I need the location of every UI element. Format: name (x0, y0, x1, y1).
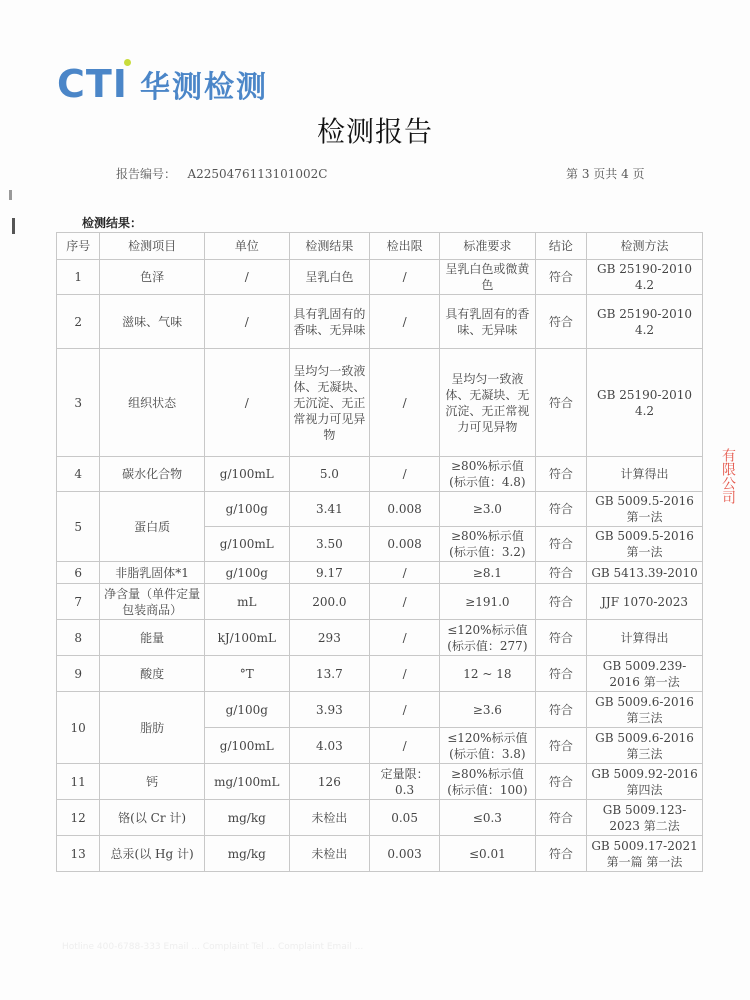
cell-item: 非脂乳固体*1 (100, 562, 204, 584)
cell-lod: / (370, 620, 440, 656)
cell-unit: g/100mL (204, 457, 289, 492)
col-header: 检出限 (370, 233, 440, 260)
cell-lod: / (370, 728, 440, 764)
cell-method: GB 5413.39-2010 (587, 562, 703, 584)
cell-req: ≥3.6 (440, 692, 535, 728)
cell-req: ≤0.3 (440, 800, 535, 836)
logo-chinese: 华测检测 (140, 62, 268, 106)
cell-no: 4 (57, 457, 100, 492)
cell-req: ≥3.0 (440, 492, 535, 527)
cell-result: 3.93 (289, 692, 369, 728)
cell-method: GB 5009.239-2016 第一法 (587, 656, 703, 692)
report-number-label: 报告编号： (116, 167, 176, 181)
cell-lod: 0.05 (370, 800, 440, 836)
cell-conclusion: 符合 (535, 656, 586, 692)
cell-unit: g/100g (204, 692, 289, 728)
cell-unit: kJ/100mL (204, 620, 289, 656)
cell-result: 126 (289, 764, 369, 800)
table-row: 5 蛋白质 g/100g 3.41 0.008 ≥3.0 符合 GB 5009.… (57, 492, 703, 527)
page-title: 检测报告 (0, 110, 750, 150)
cell-method: GB 5009.5-2016 第一法 (587, 492, 703, 527)
cell-unit: g/100g (204, 562, 289, 584)
cell-no: 3 (57, 349, 100, 457)
cell-result: 呈乳白色 (289, 260, 369, 295)
cell-conclusion: 符合 (535, 349, 586, 457)
cell-conclusion: 符合 (535, 295, 586, 349)
cell-lod: / (370, 656, 440, 692)
col-header: 检测结果 (289, 233, 369, 260)
logo-latin: CTI (57, 62, 128, 106)
cell-req: ≤120%标示值(标示值：277) (440, 620, 535, 656)
footer-contact: Hotline 400-6788-333 Email ... Complaint… (62, 942, 363, 952)
cell-item: 蛋白质 (100, 492, 204, 562)
cell-item: 组织状态 (100, 349, 204, 457)
col-header: 检测方法 (587, 233, 703, 260)
cell-no: 11 (57, 764, 100, 800)
cell-result: 未检出 (289, 800, 369, 836)
cell-unit: / (204, 349, 289, 457)
cell-conclusion: 符合 (535, 457, 586, 492)
cell-no: 9 (57, 656, 100, 692)
cell-no: 5 (57, 492, 100, 562)
company-logo: CTI 华测检测 (57, 62, 268, 106)
col-header: 结论 (535, 233, 586, 260)
cell-item: 钙 (100, 764, 204, 800)
cell-req: 12 ~ 18 (440, 656, 535, 692)
col-header: 标准要求 (440, 233, 535, 260)
table-row: 7 净含量（单件定量包装商品） mL 200.0 / ≥191.0 符合 JJF… (57, 584, 703, 620)
cell-lod: / (370, 562, 440, 584)
margin-mark (9, 190, 12, 200)
cell-req: 呈均匀一致液体、无凝块、无沉淀、无正常视力可见异物 (440, 349, 535, 457)
cell-method: JJF 1070-2023 (587, 584, 703, 620)
cell-item: 总汞(以 Hg 计) (100, 836, 204, 872)
cell-req: ≤120%标示值(标示值：3.8) (440, 728, 535, 764)
cell-lod: / (370, 349, 440, 457)
cell-unit: mg/kg (204, 800, 289, 836)
table-row: 8 能量 kJ/100mL 293 / ≤120%标示值(标示值：277) 符合… (57, 620, 703, 656)
cell-item: 酸度 (100, 656, 204, 692)
cell-method: GB 5009.17-2021 第一篇 第一法 (587, 836, 703, 872)
cell-item: 脂肪 (100, 692, 204, 764)
cell-conclusion: 符合 (535, 728, 586, 764)
cell-conclusion: 符合 (535, 260, 586, 295)
table-row: 13 总汞(以 Hg 计) mg/kg 未检出 0.003 ≤0.01 符合 G… (57, 836, 703, 872)
cell-method: GB 5009.6-2016 第三法 (587, 692, 703, 728)
cell-no: 10 (57, 692, 100, 764)
cell-item: 铬(以 Cr 计) (100, 800, 204, 836)
cell-method: GB 25190-2010 4.2 (587, 260, 703, 295)
cell-item: 滋味、气味 (100, 295, 204, 349)
cell-conclusion: 符合 (535, 692, 586, 728)
cell-unit: / (204, 260, 289, 295)
cell-result: 3.50 (289, 527, 369, 562)
table-row: 2 滋味、气味 / 具有乳固有的香味、无异味 / 具有乳固有的香味、无异味 符合… (57, 295, 703, 349)
table-row: 11 钙 mg/100mL 126 定量限：0.3 ≥80%标示值(标示值：10… (57, 764, 703, 800)
cell-unit: g/100mL (204, 728, 289, 764)
report-number-value: A2250476113101002C (187, 167, 327, 181)
col-header: 序号 (57, 233, 100, 260)
cell-lod: / (370, 260, 440, 295)
cell-conclusion: 符合 (535, 492, 586, 527)
cell-result: 293 (289, 620, 369, 656)
company-seal-stamp: 有限公司 (716, 448, 740, 588)
cell-result: 未检出 (289, 836, 369, 872)
cell-result: 9.17 (289, 562, 369, 584)
cell-unit: mL (204, 584, 289, 620)
cell-req: ≤0.01 (440, 836, 535, 872)
table-row: 6 非脂乳固体*1 g/100g 9.17 / ≥8.1 符合 GB 5413.… (57, 562, 703, 584)
cell-item: 能量 (100, 620, 204, 656)
cell-method: GB 5009.6-2016 第三法 (587, 728, 703, 764)
cell-unit: mg/100mL (204, 764, 289, 800)
results-table: 序号 检测项目 单位 检测结果 检出限 标准要求 结论 检测方法 1 色泽 / … (56, 232, 703, 872)
col-header: 单位 (204, 233, 289, 260)
cell-method: GB 5009.123-2023 第二法 (587, 800, 703, 836)
cell-conclusion: 符合 (535, 800, 586, 836)
cell-lod: / (370, 295, 440, 349)
cell-no: 12 (57, 800, 100, 836)
cell-method: 计算得出 (587, 457, 703, 492)
margin-mark (12, 218, 15, 234)
cell-result: 200.0 (289, 584, 369, 620)
cell-conclusion: 符合 (535, 836, 586, 872)
cell-req: ≥191.0 (440, 584, 535, 620)
cell-no: 7 (57, 584, 100, 620)
cell-unit: g/100mL (204, 527, 289, 562)
cell-lod: / (370, 692, 440, 728)
report-number: 报告编号： A2250476113101002C (116, 165, 327, 182)
cell-conclusion: 符合 (535, 584, 586, 620)
table-row: 12 铬(以 Cr 计) mg/kg 未检出 0.05 ≤0.3 符合 GB 5… (57, 800, 703, 836)
cell-unit: / (204, 295, 289, 349)
cell-method: GB 25190-2010 4.2 (587, 295, 703, 349)
cell-item: 净含量（单件定量包装商品） (100, 584, 204, 620)
table-row: 3 组织状态 / 呈均匀一致液体、无凝块、无沉淀、无正常视力可见异物 / 呈均匀… (57, 349, 703, 457)
cell-unit: mg/kg (204, 836, 289, 872)
cell-result: 呈均匀一致液体、无凝块、无沉淀、无正常视力可见异物 (289, 349, 369, 457)
cell-conclusion: 符合 (535, 527, 586, 562)
cell-req: ≥8.1 (440, 562, 535, 584)
cell-result: 13.7 (289, 656, 369, 692)
cell-no: 8 (57, 620, 100, 656)
section-label: 检测结果： (82, 214, 142, 231)
cell-no: 2 (57, 295, 100, 349)
cell-req: ≥80%标示值(标示值：4.8) (440, 457, 535, 492)
cell-result: 具有乳固有的香味、无异味 (289, 295, 369, 349)
cell-method: GB 5009.92-2016 第四法 (587, 764, 703, 800)
cell-req: 具有乳固有的香味、无异味 (440, 295, 535, 349)
table-row: 10 脂肪 g/100g 3.93 / ≥3.6 符合 GB 5009.6-20… (57, 692, 703, 728)
cell-lod: / (370, 457, 440, 492)
page-info: 第 3 页共 4 页 (566, 165, 645, 182)
cell-lod: / (370, 584, 440, 620)
cell-lod: 0.008 (370, 527, 440, 562)
cell-unit: °T (204, 656, 289, 692)
cell-conclusion: 符合 (535, 562, 586, 584)
cell-no: 1 (57, 260, 100, 295)
cell-result: 3.41 (289, 492, 369, 527)
cell-req: 呈乳白色或微黄色 (440, 260, 535, 295)
cell-conclusion: 符合 (535, 764, 586, 800)
cell-result: 4.03 (289, 728, 369, 764)
cell-method: GB 5009.5-2016 第一法 (587, 527, 703, 562)
cell-lod: 定量限：0.3 (370, 764, 440, 800)
col-header: 检测项目 (100, 233, 204, 260)
cell-req: ≥80%标示值(标示值：100) (440, 764, 535, 800)
cell-method: 计算得出 (587, 620, 703, 656)
cell-unit: g/100g (204, 492, 289, 527)
cell-lod: 0.003 (370, 836, 440, 872)
table-row: 4 碳水化合物 g/100mL 5.0 / ≥80%标示值(标示值：4.8) 符… (57, 457, 703, 492)
cell-item: 色泽 (100, 260, 204, 295)
table-row: 9 酸度 °T 13.7 / 12 ~ 18 符合 GB 5009.239-20… (57, 656, 703, 692)
cell-result: 5.0 (289, 457, 369, 492)
cell-lod: 0.008 (370, 492, 440, 527)
cell-no: 13 (57, 836, 100, 872)
logo-dot-icon (124, 59, 131, 66)
cell-req: ≥80%标示值(标示值：3.2) (440, 527, 535, 562)
cell-item: 碳水化合物 (100, 457, 204, 492)
table-row: 1 色泽 / 呈乳白色 / 呈乳白色或微黄色 符合 GB 25190-2010 … (57, 260, 703, 295)
cell-method: GB 25190-2010 4.2 (587, 349, 703, 457)
cell-conclusion: 符合 (535, 620, 586, 656)
table-header-row: 序号 检测项目 单位 检测结果 检出限 标准要求 结论 检测方法 (57, 233, 703, 260)
cell-no: 6 (57, 562, 100, 584)
